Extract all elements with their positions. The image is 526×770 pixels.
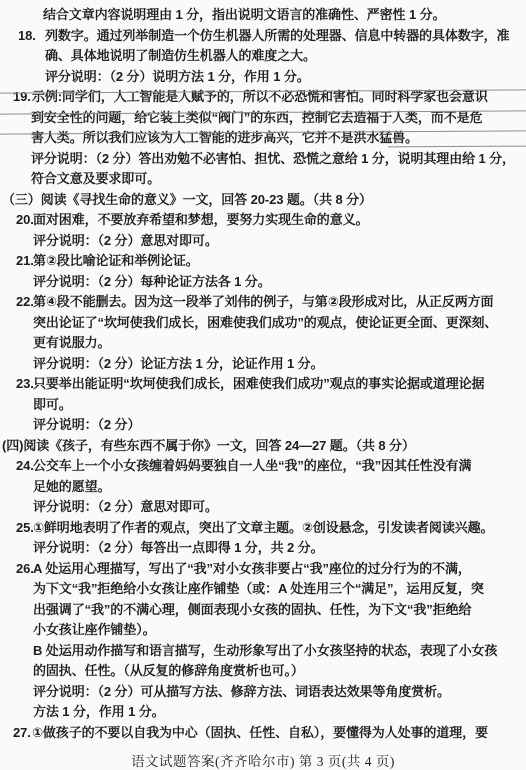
- question-19-score-note-1: 评分说明：（2 分）答出劝勉不必害怕、担忧、恐慌之意给 1 分，说明其理由给 1…: [0, 149, 526, 170]
- question-22-text: 第④段不能删去。因为这一段举了刘伟的例子，与第②段形成对比，从正反两方面: [33, 294, 493, 309]
- question-21-number: 21.: [16, 251, 33, 272]
- question-26-line-5: B 处运用动作描写和语言描写，生动形象写出了小女孩坚持的状态，表现了小女孩: [0, 641, 526, 662]
- question-18-score-note: 评分说明：（2 分）说明方法 1 分，作用 1 分。: [0, 67, 526, 88]
- question-25-text: ①鲜明地表明了作者的观点，突出了文章主题。②创设悬念，引发读者阅读兴趣。: [33, 520, 493, 535]
- question-18-number: 18.: [18, 26, 45, 47]
- question-26-text: A 处运用心理描写，写出了“我”对小女孩非要占“我”座位的过分行为的不满，: [33, 561, 471, 576]
- question-26-line-2: 为下文“我”拒绝给小女孩让座作铺垫（或：A 处连用三个“满足”，运用反复，突: [0, 579, 526, 600]
- question-18-text: 列数字。通过列举制造一个仿生机器人所需的处理器、信息中转器的具体数字，准: [45, 28, 509, 43]
- question-22-number: 22.: [16, 292, 33, 313]
- question-21-score-note: 评分说明：（2 分）每种论证方法各 1 分。: [0, 272, 526, 293]
- question-24-number: 24.: [16, 456, 33, 477]
- question-22-line-2: 突出论证了“坎坷使我们成长，困难使我们成功”的观点，使论证更全面、更深刻、: [0, 313, 526, 334]
- question-20-line-1: 20.面对困难，不要放弃希望和梦想，要努力实现生命的意义。: [0, 210, 526, 231]
- question-23-line-2: 即可。: [0, 395, 526, 416]
- question-24-line-2: 足她的愿望。: [0, 477, 526, 498]
- question-21-text: 第②段比喻论证和举例论证。: [33, 253, 199, 268]
- question-27-number: 27.: [13, 723, 32, 744]
- question-27-line-1: 27.①做孩子的不要以自我为中心（固执、任性、自私），要懂得为人处事的道理，要: [0, 723, 526, 744]
- question-18-line-1: 18.列数字。通过列举制造一个仿生机器人所需的处理器、信息中转器的具体数字，准: [0, 26, 526, 47]
- question-24-text: 公交车上一个小女孩缠着妈妈要独自一人坐“我”的座位，“我”因其任性没有满: [33, 458, 471, 473]
- question-22-line-1: 22.第④段不能删去。因为这一段举了刘伟的例子，与第②段形成对比，从正反两方面: [0, 292, 526, 313]
- question-22-score-note: 评分说明：（2 分）论证方法 1 分，论证作用 1 分。: [0, 354, 526, 375]
- question-23-text: 只要举出能证明“坎坷使我们成长，困难使我们成功”观点的事实论据或道理论据: [33, 376, 484, 391]
- question-25-number: 25.: [16, 518, 33, 539]
- section-4-heading: (四)阅读《孩子，有些东西不属于你》一文，回答 24—27 题。（共 8 分）: [0, 436, 526, 457]
- question-26-line-4: 小女孩让座作铺垫）。: [0, 620, 526, 641]
- question-18-line-2: 确、具体地说明了制造仿生机器人的难度之大。: [0, 46, 526, 67]
- question-25-score-note: 评分说明：（2 分）每答出一点即得 1 分，共 2 分。: [0, 538, 526, 559]
- question-26-line-1: 26.A 处运用心理描写，写出了“我”对小女孩非要占“我”座位的过分行为的不满，: [0, 559, 526, 580]
- question-26-line-3: 出强调了“我”的不满心理，侧面表现小女孩的固执、任性，为下文“我”拒绝给: [0, 600, 526, 621]
- question-21-line-1: 21.第②段比喻论证和举例论证。: [0, 251, 526, 272]
- question-20-score-note: 评分说明：（2 分）意思对即可。: [0, 231, 526, 252]
- question-20-text: 面对困难，不要放弃希望和梦想，要努力实现生命的意义。: [33, 212, 368, 227]
- question-26-number: 26.: [16, 559, 33, 580]
- question-24-line-1: 24.公交车上一个小女孩缠着妈妈要独自一人坐“我”的座位，“我”因其任性没有满: [0, 456, 526, 477]
- answer-continuation-line: 结合文章内容说明理由 1 分，指出说明文语言的准确性、严密性 1 分。: [0, 5, 526, 26]
- question-23-line-1: 23.只要举出能证明“坎坷使我们成长，困难使我们成功”观点的事实论据或道理论据: [0, 374, 526, 395]
- question-23-number: 23.: [16, 374, 33, 395]
- question-27-text: ①做孩子的不要以自我为中心（固执、任性、自私），要懂得为人处事的道理，要: [32, 725, 488, 740]
- question-26-score-note-2: 方法 1 分，作用 1 分。: [0, 702, 526, 723]
- question-22-line-3: 更有说服力。: [0, 333, 526, 354]
- question-19-number: 19.: [13, 87, 32, 108]
- question-26-score-note-1: 评分说明：（2 分）可从描写方法、修辞方法、词语表达效果等角度赏析。: [0, 682, 526, 703]
- page-footer: 语文试题答案(齐齐哈尔市) 第 3 页(共 4 页): [0, 750, 526, 770]
- section-3-heading: （三）阅读《寻找生命的意义》一文，回答 20-23 题。（共 8 分）: [0, 190, 526, 211]
- question-19-score-note-2: 符合文意及要求即可。: [0, 169, 526, 190]
- question-26-line-6: 的固执、任性。（从反复的修辞角度赏析也可。）: [0, 661, 526, 682]
- question-20-number: 20.: [16, 210, 33, 231]
- question-23-score-note: 评分说明：（2 分）: [0, 415, 526, 436]
- exam-answer-sheet-page: 结合文章内容说明理由 1 分，指出说明文语言的准确性、严密性 1 分。 18.列…: [0, 0, 526, 770]
- question-24-score-note: 评分说明：（2 分）意思对即可。: [0, 497, 526, 518]
- question-25-line-1: 25.①鲜明地表明了作者的观点，突出了文章主题。②创设悬念，引发读者阅读兴趣。: [0, 518, 526, 539]
